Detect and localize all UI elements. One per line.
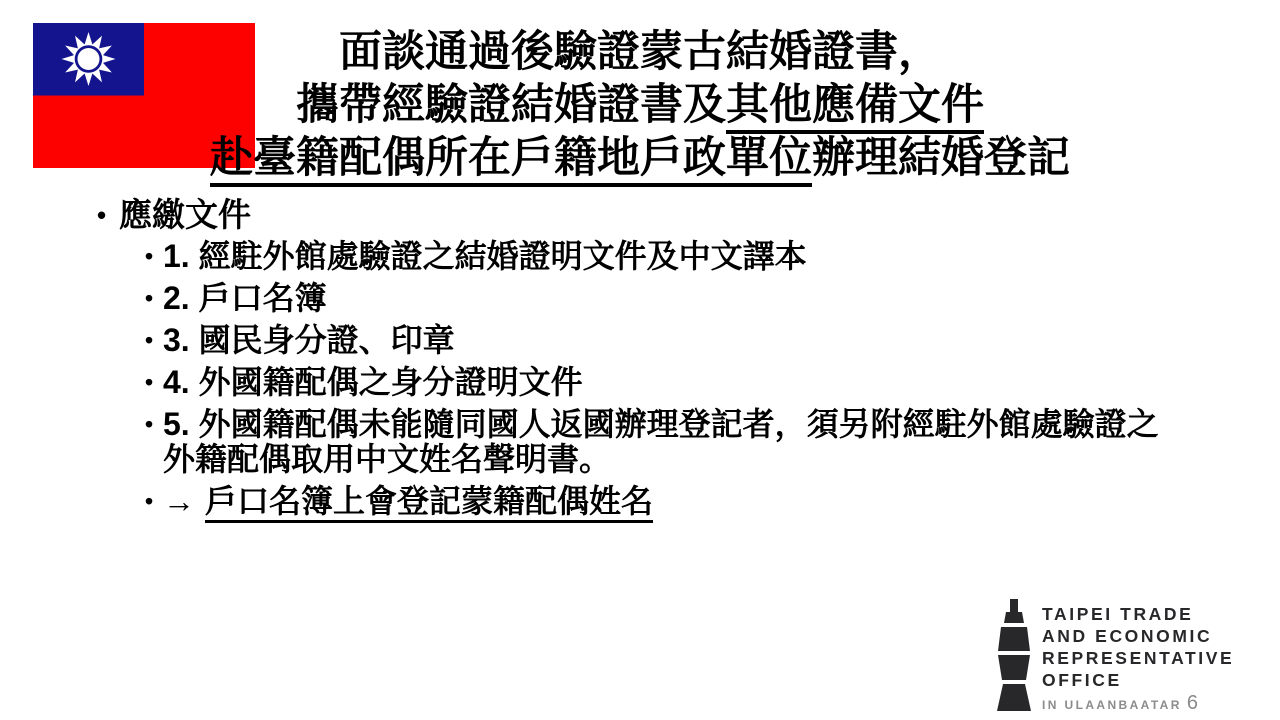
slide-title: 面談通過後驗證蒙古結婚證書， 攜帶經驗證結婚證書及其他應備文件 赴臺籍配偶所在戶… <box>0 26 1280 185</box>
title-line-1: 面談通過後驗證蒙古結婚證書， <box>0 26 1280 79</box>
list-items: • 1. 經駐外館處驗證之結婚證明文件及中文譯本 • 2. 戶口名簿 • 3. … <box>97 239 1202 519</box>
bullet-icon: • <box>145 407 163 477</box>
list-item: • 4. 外國籍配偶之身分證明文件 <box>145 365 1202 400</box>
tteo-logo-text: TAIPEI TRADE AND ECONOMIC REPRESENTATIVE… <box>1042 603 1234 712</box>
list-item: • 2. 戶口名簿 <box>145 281 1202 316</box>
list-item-line-1: 5. 外國籍配偶未能隨同國人返國辦理登記者，須另附經駐外館處驗證之 <box>163 407 1202 442</box>
list-item: • 1. 經駐外館處驗證之結婚證明文件及中文譯本 <box>145 239 1202 274</box>
logo-subline: IN ULAANBAATAR <box>1042 698 1182 712</box>
bullet-icon: • <box>145 323 163 358</box>
list-item-arrow-note: • →戶口名簿上會登記蒙籍配偶姓名 <box>145 484 1202 519</box>
title-line-3-underlined: 赴臺籍配偶所在戶籍地戶政單位 <box>210 134 812 187</box>
title-line-3: 赴臺籍配偶所在戶籍地戶政單位辦理結婚登記 <box>0 132 1280 185</box>
logo-line-2: AND ECONOMIC <box>1042 625 1234 647</box>
tteo-logo <box>993 599 1035 712</box>
page-number: 6 <box>1187 695 1198 712</box>
tower-cap <box>1004 612 1024 623</box>
list-item-text: 1. 經駐外館處驗證之結婚證明文件及中文譯本 <box>163 239 1202 274</box>
logo-subline-row: IN ULAANBAATAR 6 <box>1042 695 1234 712</box>
list-item: • 3. 國民身分證、印章 <box>145 323 1202 358</box>
list-item-text: 4. 外國籍配偶之身分證明文件 <box>163 365 1202 400</box>
arrow-icon: → <box>163 484 205 519</box>
bullet-icon: • <box>145 365 163 400</box>
list-heading-row: • 應繳文件 <box>97 196 1202 234</box>
logo-line-1: TAIPEI TRADE <box>1042 603 1234 625</box>
arrow-note-underlined: 戶口名簿上會登記蒙籍配偶姓名 <box>205 483 653 523</box>
slide-body: • 應繳文件 • 1. 經駐外館處驗證之結婚證明文件及中文譯本 • 2. 戶口名… <box>97 196 1202 526</box>
list-item: • 5. 外國籍配偶未能隨同國人返國辦理登記者，須另附經駐外館處驗證之 外籍配偶… <box>145 407 1202 477</box>
list-item-line-2: 外籍配偶取用中文姓名聲明書。 <box>163 442 1202 477</box>
bullet-icon: • <box>145 484 163 519</box>
list-heading: 應繳文件 <box>119 196 251 234</box>
title-line-2: 攜帶經驗證結婚證書及其他應備文件 <box>0 79 1280 132</box>
tower-segment-top <box>998 627 1030 651</box>
title-line-2-plain: 攜帶經驗證結婚證書及 <box>296 81 726 129</box>
bullet-icon: • <box>97 196 119 234</box>
taipei-101-tower-icon <box>993 599 1035 712</box>
title-line-2-underlined: 其他應備文件 <box>726 81 984 134</box>
list-item-text: 5. 外國籍配偶未能隨同國人返國辦理登記者，須另附經駐外館處驗證之 外籍配偶取用… <box>163 407 1202 477</box>
bullet-icon: • <box>145 281 163 316</box>
arrow-note-text: →戶口名簿上會登記蒙籍配偶姓名 <box>163 484 1202 519</box>
bullet-icon: • <box>145 239 163 274</box>
tower-antenna <box>1010 599 1018 612</box>
tower-segment-base <box>997 684 1031 711</box>
title-line-1-text: 面談通過後驗證蒙古結婚證書， <box>339 28 941 76</box>
list-item-text: 3. 國民身分證、印章 <box>163 323 1202 358</box>
list-item-text: 2. 戶口名簿 <box>163 281 1202 316</box>
logo-line-3: REPRESENTATIVE <box>1042 647 1234 669</box>
title-line-3-plain: 辦理結婚登記 <box>812 134 1070 182</box>
logo-line-4: OFFICE <box>1042 669 1234 691</box>
tower-segment-middle <box>998 655 1030 680</box>
